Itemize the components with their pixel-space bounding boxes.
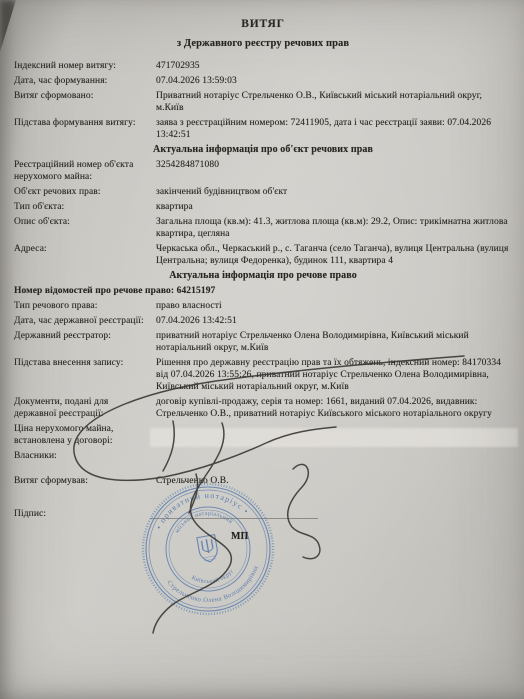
- field-label: Тип об'єкта:: [14, 201, 156, 213]
- field-label: Документи, подані для державної реєстрац…: [14, 396, 156, 420]
- document-subtitle: з Державного реєстру речових прав: [14, 38, 512, 50]
- field-row: Тип речового права: право власності: [14, 300, 512, 312]
- field-label: Дата, час формування:: [14, 75, 156, 87]
- field-label: Об'єкт речових прав:: [14, 186, 156, 198]
- field-label: Реєстраційний номер об'єкта нерухомого м…: [14, 159, 156, 183]
- field-value: 07.04.2026 13:42:51: [156, 315, 512, 327]
- field-label: Дата, час державної реєстрації:: [14, 315, 156, 327]
- field-row: Об'єкт речових прав: закінчений будівниц…: [14, 186, 512, 198]
- document-photo: ВИТЯГ з Державного реєстру речових прав …: [0, 0, 524, 699]
- field-value: Черкаська обл., Черкаський р., с. Таганч…: [156, 243, 512, 267]
- field-row: Документи, подані для державної реєстрац…: [14, 396, 512, 420]
- field-row: Реєстраційний номер об'єкта нерухомого м…: [14, 159, 512, 183]
- field-row: Державний реєстратор: приватний нотаріус…: [14, 330, 512, 354]
- section-header-right: Актуальна інформація про речове право: [14, 270, 512, 282]
- field-row: Підстава формування витягу: заява з реєс…: [14, 117, 512, 141]
- field-value: 07.04.2026 13:59:03: [156, 75, 512, 87]
- field-row: Дата, час державної реєстрації: 07.04.20…: [14, 315, 512, 327]
- field-value: приватний нотаріус Стрельченко Олена Вол…: [156, 330, 512, 354]
- field-label: Витяг сформовано:: [14, 90, 156, 114]
- field-label: Підстава формування витягу:: [14, 117, 156, 141]
- field-label: Тип речового права:: [14, 300, 156, 312]
- field-row: Тип об'єкта: квартира: [14, 201, 512, 213]
- seal-place-mark: МП: [231, 531, 248, 542]
- field-value: 3254284871080: [156, 159, 512, 183]
- field-value: [156, 450, 512, 462]
- field-value: право власності: [156, 300, 512, 312]
- redacted-area: [150, 428, 518, 447]
- field-label: Адреса:: [14, 243, 156, 267]
- field-row: Підстава внесення запису: Рішення про де…: [14, 357, 512, 393]
- field-label: Опис об'єкта:: [14, 216, 156, 240]
- field-label: Підстава внесення запису:: [14, 357, 156, 393]
- field-value: Загальна площа (кв.м): 41.3, житлова пло…: [156, 216, 512, 240]
- field-row: Опис об'єкта: Загальна площа (кв.м): 41.…: [14, 216, 512, 240]
- field-value: Рішення про державну реєстрацію прав та …: [156, 357, 512, 393]
- field-value: 471702935: [156, 60, 512, 72]
- field-row: Дата, час формування: 07.04.2026 13:59:0…: [14, 75, 512, 87]
- document-title: ВИТЯГ: [14, 18, 512, 31]
- field-value: закінчений будівництвом об'єкт: [156, 186, 512, 198]
- field-row: Адреса: Черкаська обл., Черкаський р., с…: [14, 243, 512, 267]
- field-label: Власники:: [14, 450, 156, 462]
- formed-by-label: Витяг сформував:: [14, 475, 156, 487]
- field-row: Витяг сформовано: Приватний нотаріус Стр…: [14, 90, 512, 114]
- section-header-object: Актуальна інформація про об'єкт речових …: [14, 144, 512, 156]
- notary-seal-stamp: • приватний нотаріус • Стрельченко Олена…: [140, 481, 276, 617]
- field-label: Державний реєстратор:: [14, 330, 156, 354]
- trident-icon: [197, 535, 219, 564]
- field-label: Ціна нерухомого майна, встановлена у дог…: [14, 423, 156, 447]
- field-row: Власники:: [14, 450, 512, 462]
- field-value: договір купівлі-продажу, серія та номер:…: [156, 396, 512, 420]
- field-row: Індексний номер витягу: 471702935: [14, 60, 512, 72]
- field-value: Приватний нотаріус Стрельченко О.В., Киї…: [156, 90, 512, 114]
- field-value: квартира: [156, 201, 512, 213]
- field-value: заява з реєстраційним номером: 72411905,…: [156, 117, 512, 141]
- signature-label: Підпис:: [14, 508, 156, 520]
- record-number-line: Номер відомостей про речове право: 64215…: [14, 285, 512, 297]
- field-label: Індексний номер витягу:: [14, 60, 156, 72]
